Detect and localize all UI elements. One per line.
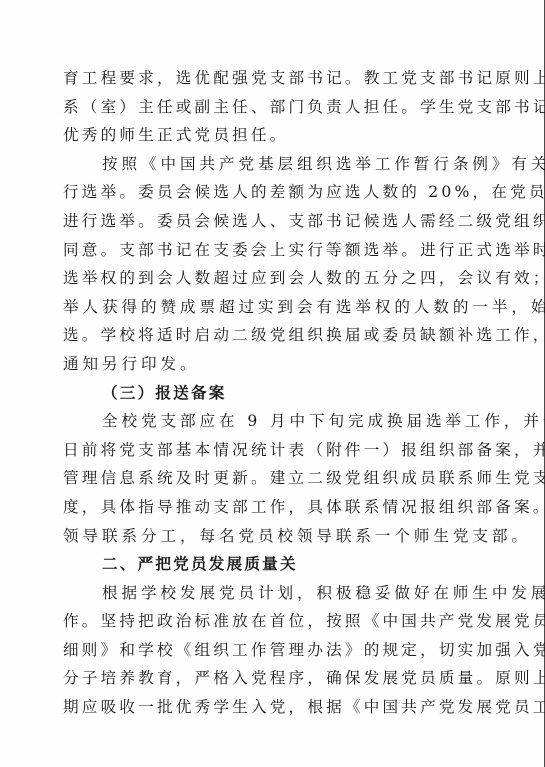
paragraph: 育工程要求，选优配强党支部书记。教工党支部书记原则上由党员 系（室）主任或副主任… [63, 64, 479, 150]
text-line: 通知另行印发。 [63, 350, 479, 379]
text-line: 按照《中国共产党基层组织选举工作暂行条例》有关规定进 [63, 150, 479, 179]
text-line: 管理信息系统及时更新。建立二级党组织成员联系师生党支部制 [63, 464, 479, 493]
text-line: 选举权的到会人数超过应到会人数的五分之四，会议有效；被选 [63, 264, 479, 293]
paragraph: 根据学校发展党员计划，积极稳妥做好在师生中发展党员工 作。坚持把政治标准放在首位… [63, 579, 479, 722]
text-line: 优秀的师生正式党员担任。 [63, 121, 479, 150]
text-line: 期应吸收一批优秀学生入党，根据《中国共产党发展党员工作细 [63, 693, 479, 722]
document-body: 育工程要求，选优配强党支部书记。教工党支部书记原则上由党员 系（室）主任或副主任… [63, 64, 479, 722]
text-line: 根据学校发展党员计划，积极稳妥做好在师生中发展党员工 [63, 579, 479, 608]
paragraph: 全校党支部应在 9 月中下旬完成换届选举工作，并于 9 月 28 日前将党支部基… [63, 407, 479, 550]
text-line: 分子培养教育，严格入党程序，确保发展党员质量。原则上每学 [63, 664, 479, 693]
text-line: 同意。支部书记在支委会上实行等额选举。进行正式选举时，有 [63, 236, 479, 265]
text-line: 作。坚持把政治标准放在首位，按照《中国共产党发展党员工作 [63, 607, 479, 636]
text-line: 全校党支部应在 9 月中下旬完成换届选举工作，并于 9 月 28 [63, 407, 479, 436]
text-line: 领导联系分工，每名党员校领导联系一个师生党支部。 [63, 522, 479, 551]
text-line: 日前将党支部基本情况统计表（附件一）报组织部备案，并在党员 [63, 436, 479, 465]
text-line: 举人获得的赞成票超过实到会有选举权的人数的一半，始得当 [63, 293, 479, 322]
text-line: 度，具体指导推动支部工作，具体联系情况报组织部备案。根据校 [63, 493, 479, 522]
section-heading-member-quality: 二、严把党员发展质量关 [63, 550, 479, 579]
text-line: 行选举。委员会候选人的差额为应选人数的 20%，在党员大会上 [63, 178, 479, 207]
document-page: 育工程要求，选优配强党支部书记。教工党支部书记原则上由党员 系（室）主任或副主任… [0, 0, 545, 767]
text-line: 系（室）主任或副主任、部门负责人担任。学生党支部书记由表现 [63, 93, 479, 122]
paragraph: 按照《中国共产党基层组织选举工作暂行条例》有关规定进 行选举。委员会候选人的差额… [63, 150, 479, 379]
text-line: 细则》和学校《组织工作管理办法》的规定，切实加强入党积极 [63, 636, 479, 665]
text-line: 选。学校将适时启动二级党组织换届或委员缺额补选工作，相关 [63, 321, 479, 350]
text-line: 育工程要求，选优配强党支部书记。教工党支部书记原则上由党员 [63, 64, 479, 93]
text-line: 进行选举。委员会候选人、支部书记候选人需经二级党组织审查 [63, 207, 479, 236]
section-heading-report-filing: （三）报送备案 [63, 379, 479, 408]
